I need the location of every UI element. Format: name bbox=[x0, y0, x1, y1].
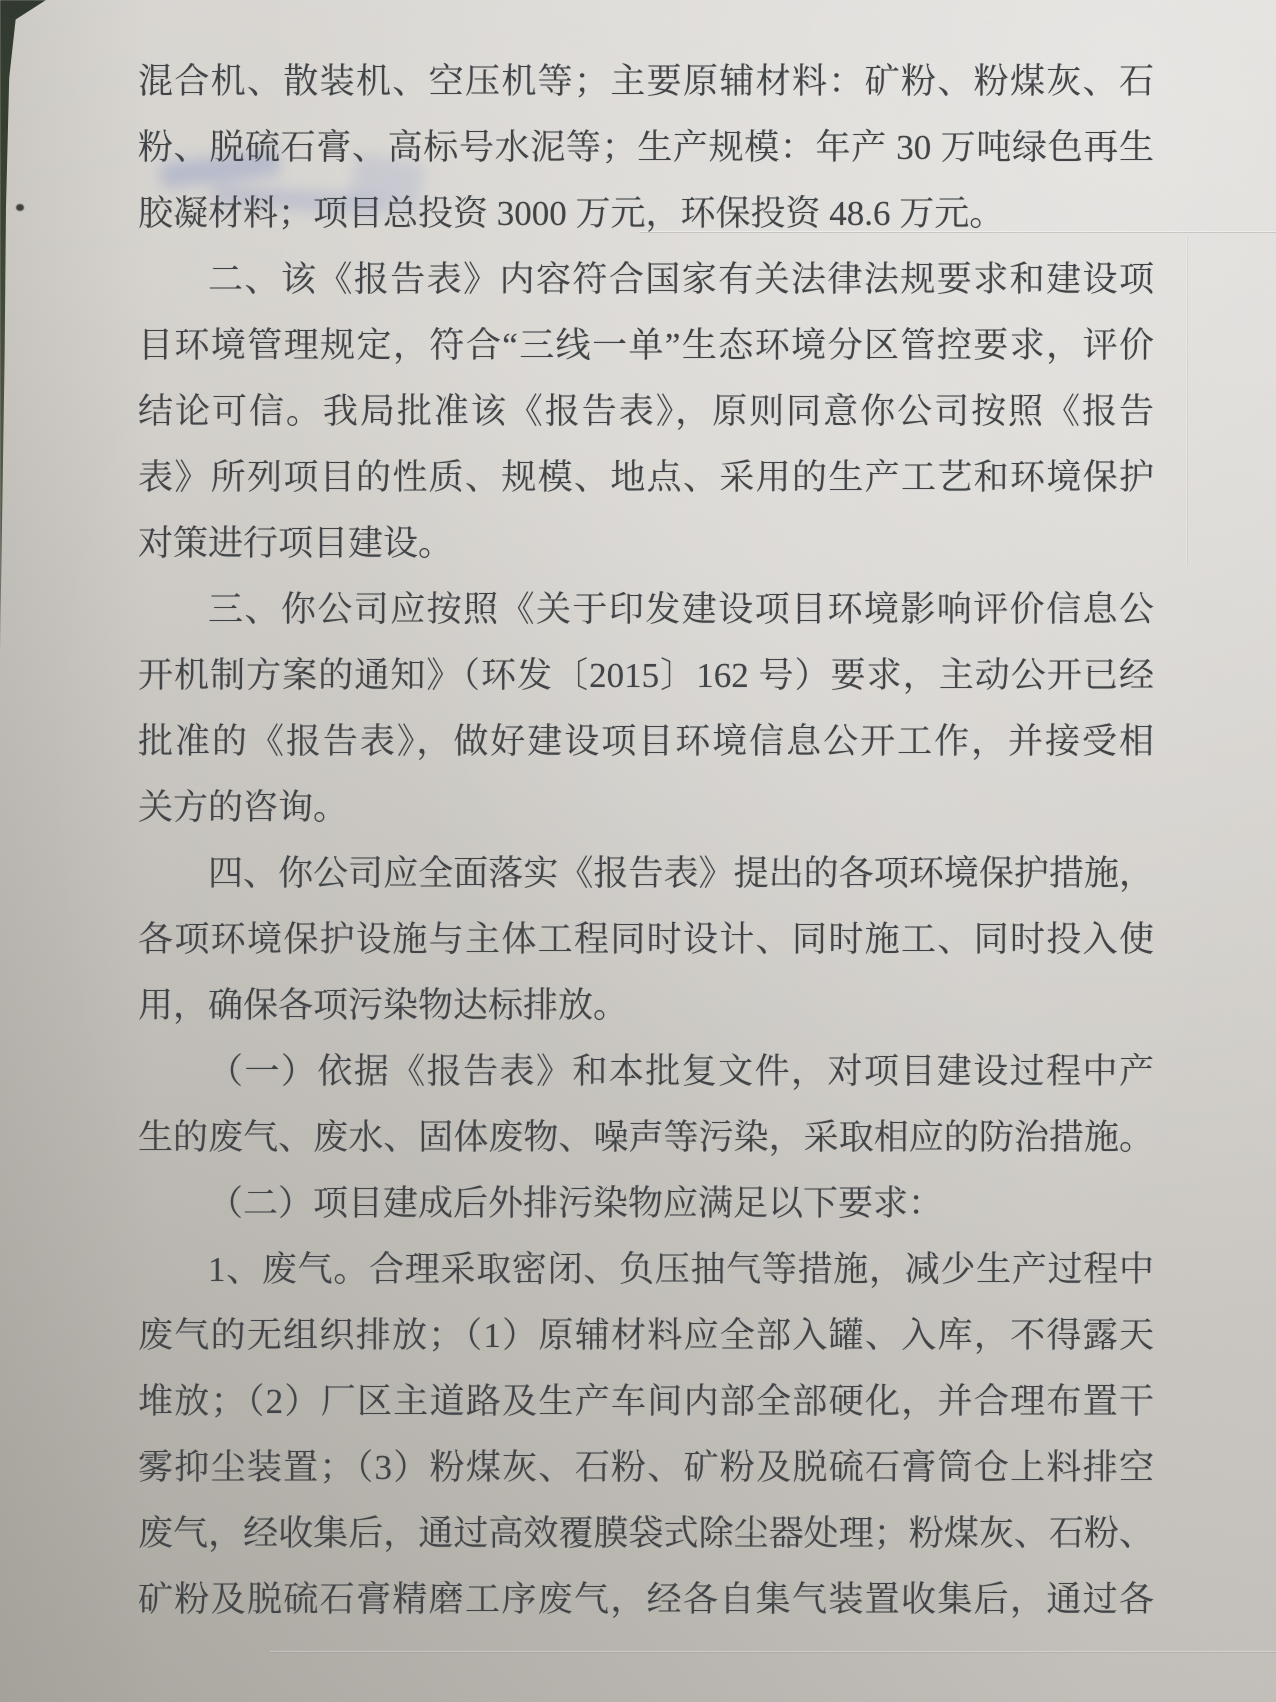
text-line: 混合机、散装机、空压机等；主要原辅材料：矿粉、粉煤灰、石 bbox=[138, 49, 1154, 115]
document-text: 混合机、散装机、空压机等；主要原辅材料：矿粉、粉煤灰、石 粉、脱硫石膏、高标号水… bbox=[138, 49, 1154, 1633]
text-line: 用，确保各项污染物达标排放。 bbox=[138, 973, 1154, 1039]
text-line: 表》所列项目的性质、规模、地点、采用的生产工艺和环境保护 bbox=[138, 445, 1154, 511]
text-line: 对策进行项目建设。 bbox=[138, 511, 1154, 577]
text-line: 矿粉及脱硫石膏精磨工序废气，经各自集气装置收集后，通过各 bbox=[138, 1567, 1154, 1633]
text-line: 各项环境保护设施与主体工程同时设计、同时施工、同时投入使 bbox=[138, 907, 1154, 973]
text-line: 目环境管理规定，符合“三线一单”生态环境分区管控要求，评价 bbox=[138, 313, 1154, 379]
text-line: 生的废气、废水、固体废物、噪声等污染，采取相应的防治措施。 bbox=[138, 1105, 1154, 1171]
text-line: 关方的咨询。 bbox=[138, 775, 1154, 841]
text-line: 三、你公司应按照《关于印发建设项目环境影响评价信息公 bbox=[138, 577, 1154, 643]
text-line: 四、你公司应全面落实《报告表》提出的各项环境保护措施， bbox=[138, 841, 1154, 907]
table-edge-shadow bbox=[0, 0, 46, 650]
text-line: 雾抑尘装置；（3）粉煤灰、石粉、矿粉及脱硫石膏筒仓上料排空 bbox=[138, 1435, 1154, 1501]
document-page: 混合机、散装机、空压机等；主要原辅材料：矿粉、粉煤灰、石 粉、脱硫石膏、高标号水… bbox=[0, 0, 1276, 1702]
text-line: 结论可信。我局批准该《报告表》，原则同意你公司按照《报告 bbox=[138, 379, 1154, 445]
text-line: 胶凝材料；项目总投资 3000 万元，环保投资 48.6 万元。 bbox=[138, 181, 1154, 247]
text-line: 批准的《报告表》，做好建设项目环境信息公开工作，并接受相 bbox=[138, 709, 1154, 775]
text-line: 二、该《报告表》内容符合国家有关法律法规要求和建设项 bbox=[138, 247, 1154, 313]
text-line: （一）依据《报告表》和本批复文件，对项目建设过程中产 bbox=[138, 1039, 1154, 1105]
ink-dot bbox=[16, 204, 24, 211]
text-line: （二）项目建成后外排污染物应满足以下要求： bbox=[138, 1171, 1154, 1237]
text-line: 废气，经收集后，通过高效覆膜袋式除尘器处理；粉煤灰、石粉、 bbox=[138, 1501, 1154, 1567]
text-line: 废气的无组织排放；（1）原辅材料应全部入罐、入库，不得露天 bbox=[138, 1303, 1154, 1369]
paper-crease bbox=[270, 1651, 1276, 1652]
text-line: 堆放；（2）厂区主道路及生产车间内部全部硬化，并合理布置干 bbox=[138, 1369, 1154, 1435]
paper-crease-vertical bbox=[1186, 236, 1187, 566]
text-line: 开机制方案的通知》（环发〔2015〕162 号）要求，主动公开已经 bbox=[138, 643, 1154, 709]
text-line: 1、废气。合理采取密闭、负压抽气等措施，减少生产过程中 bbox=[138, 1237, 1154, 1303]
text-line: 粉、脱硫石膏、高标号水泥等；生产规模：年产 30 万吨绿色再生 bbox=[138, 115, 1154, 181]
